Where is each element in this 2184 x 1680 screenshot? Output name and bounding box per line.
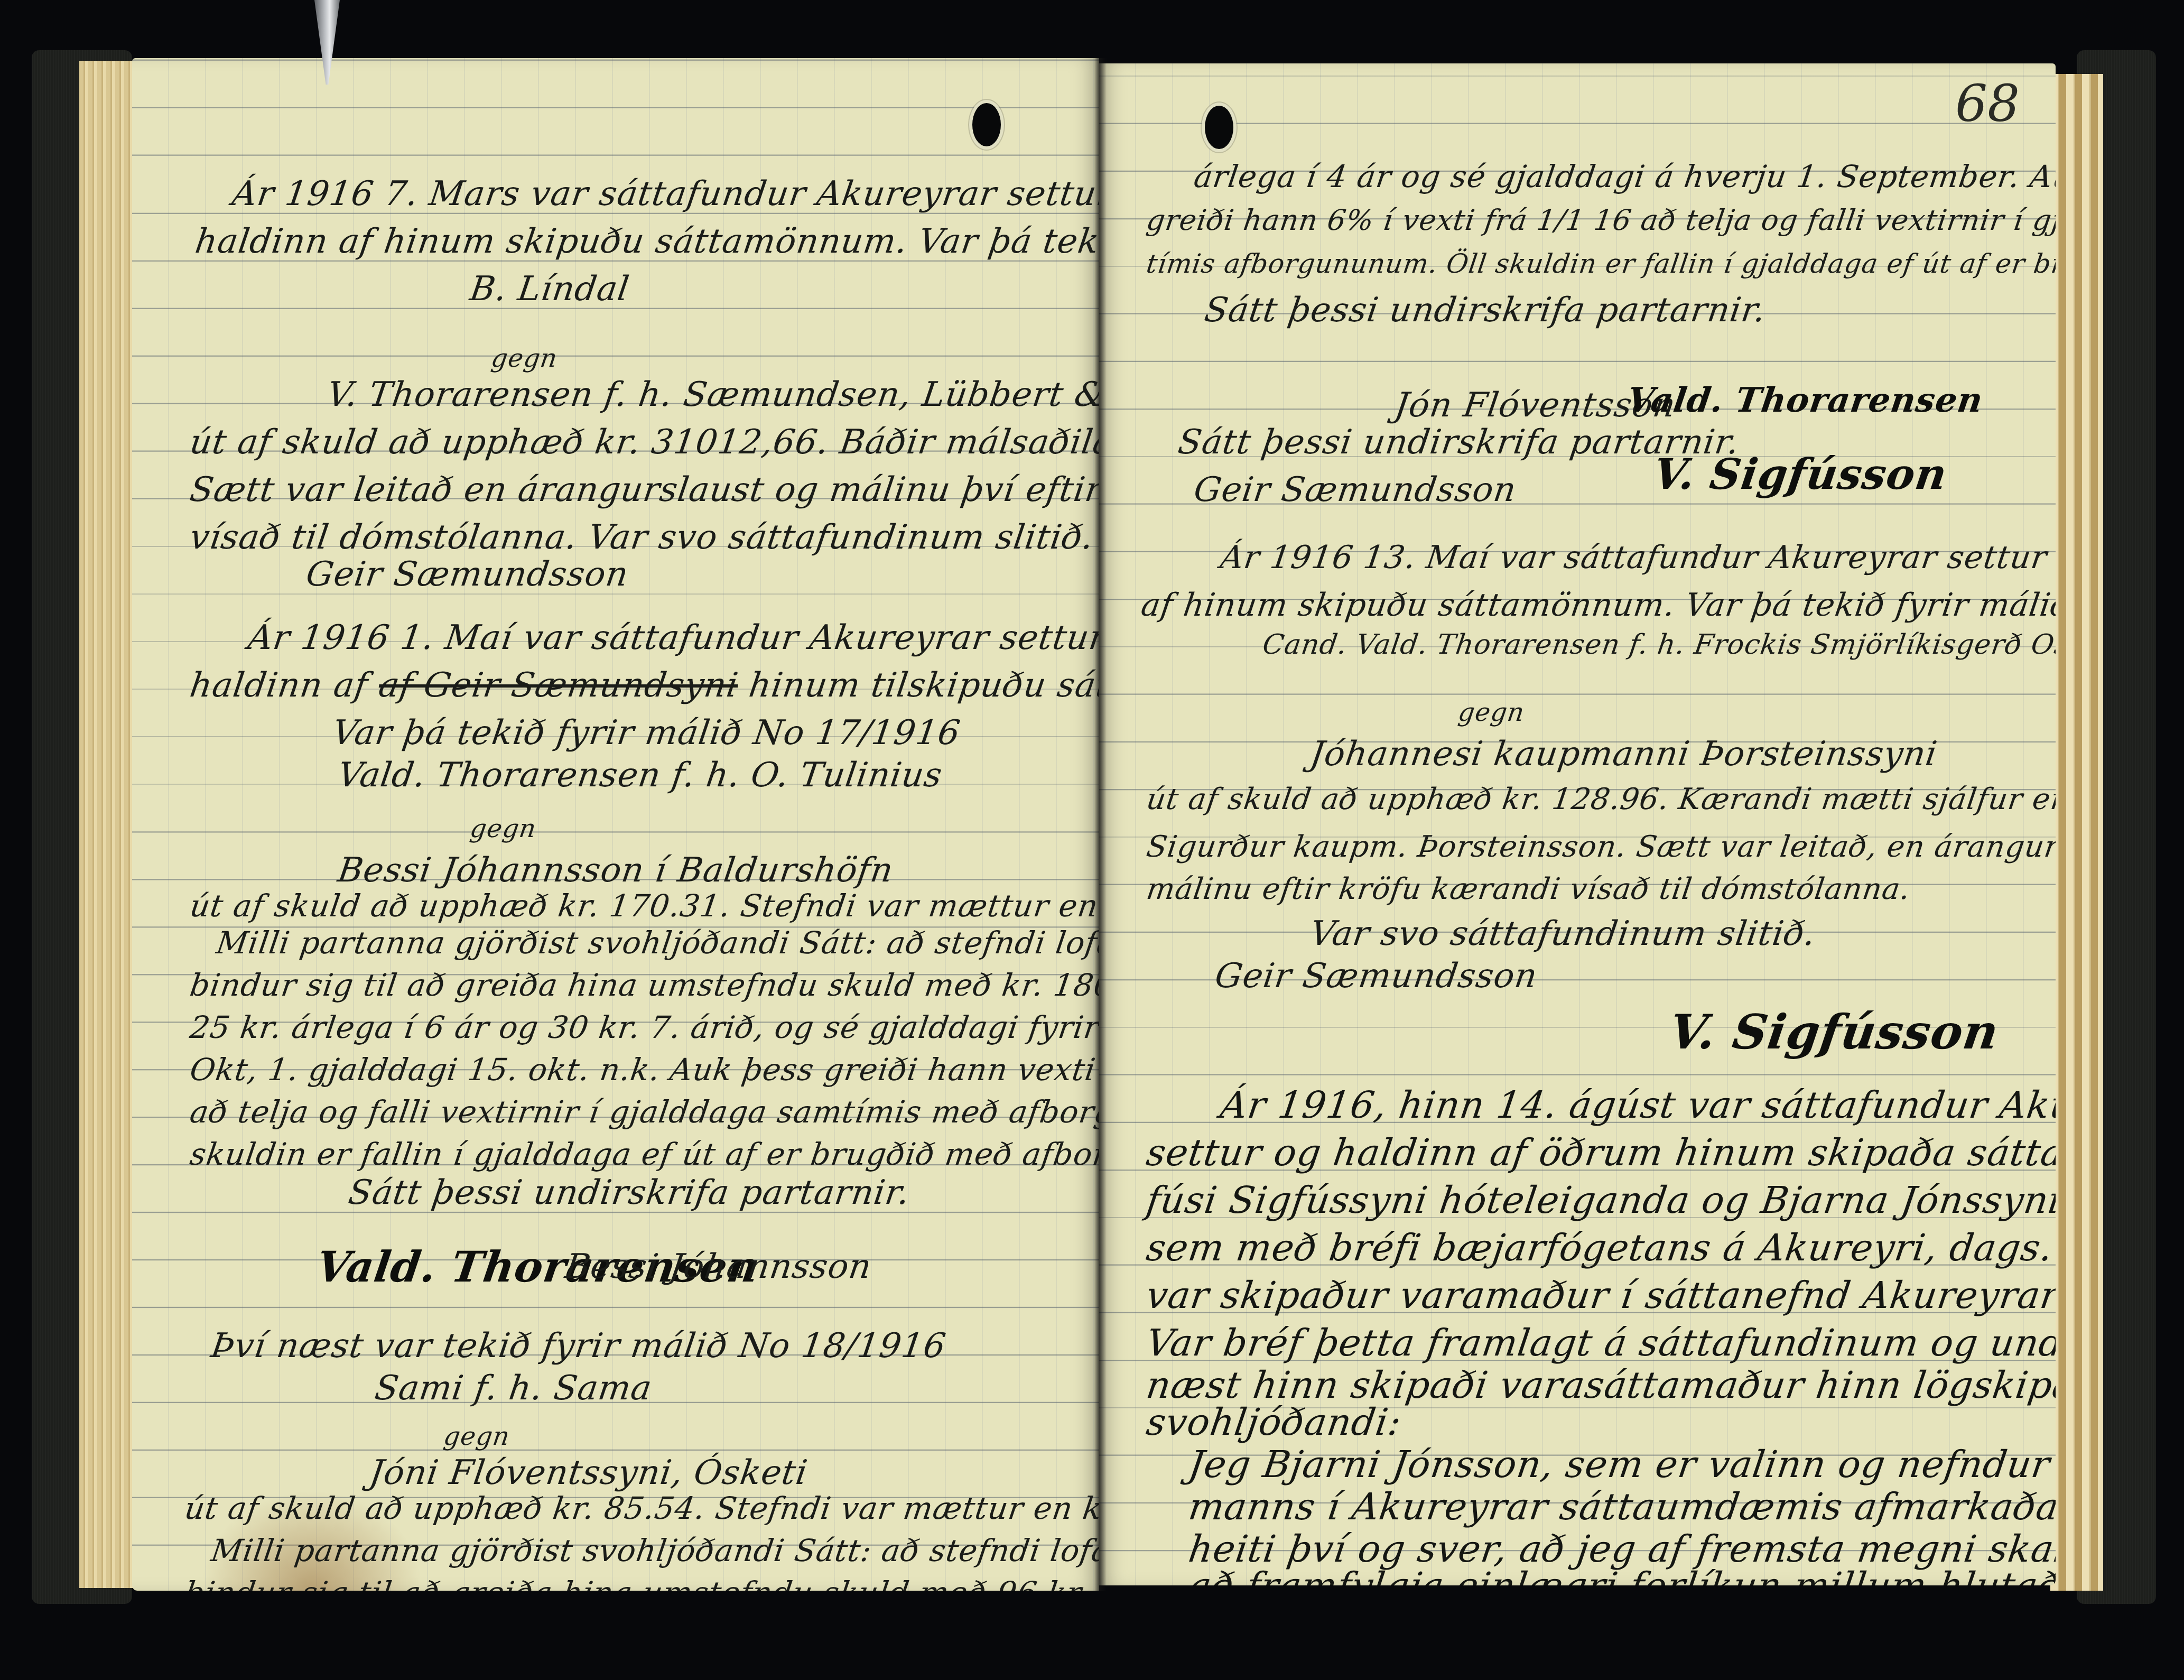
entry2-line2-prefix: haldinn af bbox=[188, 666, 370, 705]
entry5-line2: settur og haldinn af öðrum hinum skipaða… bbox=[1144, 1131, 2056, 1174]
entry3-defendant: Jóni Flóventssyni, Ósketi bbox=[367, 1453, 810, 1492]
cont-signature-d: V. Sigfússon bbox=[1650, 449, 1950, 499]
entry5-line4: sem með bréfi bæjarfógetans á Akureyri, … bbox=[1144, 1226, 2056, 1269]
entry4-defendant: Jóhannesi kaupmanni Þorsteinssyni bbox=[1308, 735, 1940, 774]
punch-hole-right bbox=[1205, 106, 1233, 149]
cont-line2: greiði hann 6% í vexti frá 1/1 16 að tel… bbox=[1145, 203, 2056, 237]
book-gutter bbox=[1094, 58, 1107, 1591]
entry2-line2-suffix: hinum tilskipuðu sáttamönnum bbox=[747, 666, 1099, 705]
entry1-plaintiff: B. Líndal bbox=[468, 270, 632, 309]
entry1-line2: haldinn af hinum skipuðu sáttamönnum. Va… bbox=[193, 222, 1099, 261]
right-page: árlega í 4 ár og sé gjalddagi á hverju 1… bbox=[1099, 63, 2056, 1585]
entry2-line4: út af skuld að upphæð kr. 170.31. Stefnd… bbox=[188, 888, 1099, 924]
entry1-versus: gegn bbox=[489, 344, 560, 373]
cont-line1: árlega í 4 ár og sé gjalddagi á hverju 1… bbox=[1192, 159, 2056, 194]
entry5-oath1: Jeg Bjarni Jónsson, sem er valinn og nef… bbox=[1186, 1443, 2056, 1486]
entry4-line1: Ár 1916 13. Maí var sáttafundur Akureyra… bbox=[1218, 539, 2056, 576]
entry2-signature-b: Bessi Jóhannsson bbox=[563, 1247, 874, 1286]
entry2-defendant: Bessi Jóhannsson í Baldurshöfn bbox=[336, 851, 896, 890]
entry2-line8: Okt, 1. gjalddagi 15. okt. n.k. Auk þess… bbox=[188, 1052, 1099, 1088]
entry2-line10: skuldin er fallin í gjalddaga ef út af e… bbox=[188, 1136, 1099, 1172]
entry4-plaintiff: Cand. Vald. Thorarensen f. h. Frockis Sm… bbox=[1261, 629, 2056, 661]
cont-line4: Sátt þessi undirskrifa partarnir. bbox=[1202, 291, 1769, 330]
entry2-versus: gegn bbox=[468, 814, 538, 843]
entry3-versus: gegn bbox=[442, 1422, 512, 1451]
entry4-line5: málinu eftir kröfu kærandi vísað til dóm… bbox=[1144, 872, 1912, 906]
cont-signature-c: Geir Sæmundsson bbox=[1192, 470, 1519, 509]
left-page: Ár 1916 7. Mars var sáttafundur Akureyra… bbox=[132, 58, 1099, 1591]
entry3-plaintiff: Sami f. h. Sama bbox=[373, 1369, 655, 1408]
entry3-line2: út af skuld að upphæð kr. 85.54. Stefndi… bbox=[182, 1490, 1099, 1526]
entry5-oath4: að framfylgja einlægri forlíkun millum h… bbox=[1186, 1564, 2056, 1585]
entry4-versus: gegn bbox=[1456, 698, 1527, 727]
cont-signature-b: Vald. Thorarensen bbox=[1625, 380, 1986, 420]
entry3-line4: bindur sig til að greiða hina umstefndu … bbox=[182, 1575, 1099, 1591]
entry2-line1: Ár 1916 1. Maí var sáttafundur Akureyrar… bbox=[246, 618, 1099, 657]
entry2-line5: Milli partanna gjörðist svohljóðandi Sát… bbox=[214, 925, 1099, 961]
entry4-line4: Sigurður kaupm. Þorsteinsson. Sætt var l… bbox=[1144, 830, 2056, 864]
entry5-line6: Var bréf þetta framlagt á sáttafundinum … bbox=[1144, 1321, 2056, 1365]
entry5-line3: fúsi Sigfússyni hóteleiganda og Bjarna J… bbox=[1144, 1178, 2056, 1222]
entry1-line3: út af skuld að upphæð kr. 31012,66. Báði… bbox=[188, 423, 1099, 462]
entry2-line2-struck: af Geir Sæmundsyni bbox=[376, 666, 741, 705]
cont-line3: tímis afborgununum. Öll skuldin er falli… bbox=[1145, 248, 2056, 279]
entry3-line1: Því næst var tekið fyrir málið No 18/191… bbox=[209, 1326, 949, 1366]
entry1-defendant: V. Thorarensen f. h. Sæmundsen, Lübbert … bbox=[325, 375, 1099, 414]
entry4-line3: út af skuld að upphæð kr. 128.96. Kærand… bbox=[1144, 782, 2056, 816]
entry2-line9: að telja og falli vextirnir í gjalddaga … bbox=[188, 1094, 1099, 1130]
entry1-line4: Sætt var leitað en árangurslaust og máli… bbox=[188, 470, 1099, 509]
entry1-line1: Ár 1916 7. Mars var sáttafundur Akureyra… bbox=[230, 174, 1099, 214]
entry2-line11: Sátt þessi undirskrifa partarnir. bbox=[346, 1173, 913, 1212]
page-edges-right bbox=[2050, 74, 2103, 1591]
entry4-line6: Var svo sáttafundinum slitið. bbox=[1308, 914, 1818, 953]
entry5-oath2: manns í Akureyrar sáttaumdæmis afmarkaða… bbox=[1186, 1485, 2056, 1528]
entry2-line7: 25 kr. árlega í 6 ár og 30 kr. 7. árið, … bbox=[188, 1009, 1099, 1045]
entry1-signature: Geir Sæmundsson bbox=[304, 555, 631, 594]
punch-hole-left bbox=[972, 103, 1001, 146]
entry5-line5: var skipaður varamaður í sáttanefnd Akur… bbox=[1144, 1274, 2056, 1317]
entry2-line2: haldinn af af Geir Sæmundsyni hinum tils… bbox=[188, 666, 1099, 705]
page-number: 68 bbox=[1955, 74, 2020, 133]
entry2-line6: bindur sig til að greiða hina umstefndu … bbox=[188, 967, 1099, 1003]
entry5-line1: Ár 1916, hinn 14. ágúst var sáttafundur … bbox=[1218, 1083, 2056, 1127]
entry5-line8: svohljóðandi: bbox=[1144, 1400, 1404, 1444]
entry2-plaintiff: Vald. Thorarensen f. h. O. Tulinius bbox=[336, 756, 945, 795]
entry3-line3: Milli partanna gjörðist svohljóðandi Sát… bbox=[209, 1533, 1099, 1568]
entry4-line2: af hinum skipuðu sáttamönnum. Var þá tek… bbox=[1139, 587, 2056, 624]
entry1-line5: vísað til dómstólanna. Var svo sáttafund… bbox=[188, 518, 1096, 557]
entry4-signature-b: V. Sigfússon bbox=[1666, 1004, 2003, 1060]
entry4-signature-a: Geir Sæmundsson bbox=[1213, 957, 1540, 996]
entry2-line3: Var þá tekið fyrir málið No 17/1916 bbox=[330, 713, 963, 753]
page-edges-left bbox=[79, 61, 137, 1588]
